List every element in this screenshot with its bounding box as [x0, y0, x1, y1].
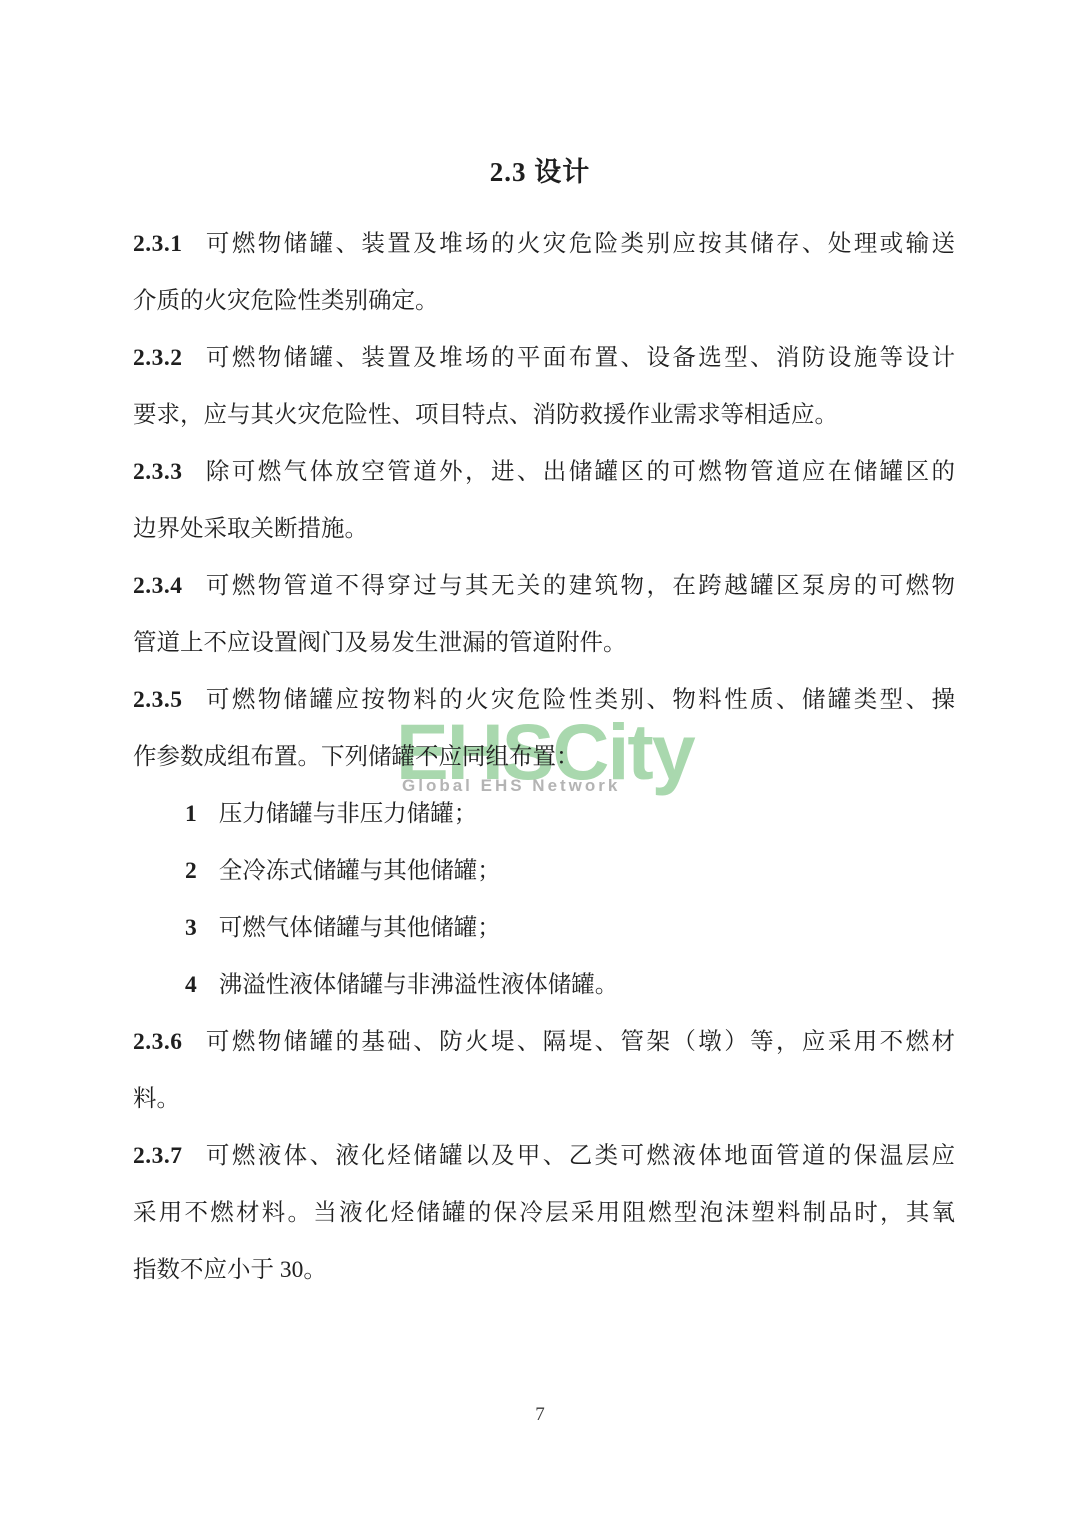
section-line: 指数不应小于 30。 — [133, 1242, 955, 1299]
section-2-3-2: 2.3.2可燃物储罐、装置及堆场的平面布置、设备选型、消防设施等设计 要求，应与… — [133, 330, 955, 444]
list-item: 4沸溢性液体储罐与非沸溢性液体储罐。 — [133, 957, 955, 1014]
section-text: 可燃物储罐的基础、防火堤、隔堤、管架（墩）等，应采用不燃材 — [204, 1029, 956, 1055]
list-item-text: 全冷冻式储罐与其他储罐； — [219, 858, 501, 884]
section-line: 边界处采取关断措施。 — [133, 501, 955, 558]
section-line: 管道上不应设置阀门及易发生泄漏的管道附件。 — [133, 615, 955, 672]
section-text: 可燃物储罐应按物料的火灾危险性类别、物料性质、储罐类型、操 — [204, 687, 956, 713]
doc-title: 2.3 设计 — [0, 150, 1080, 189]
section-text: 介质的火灾危险性类别确定。 — [133, 288, 439, 314]
section-2-3-5: 2.3.5可燃物储罐应按物料的火灾危险性类别、物料性质、储罐类型、操 作参数成组… — [133, 672, 955, 786]
section-2-3-7: 2.3.7可燃液体、液化烃储罐以及甲、乙类可燃液体地面管道的保温层应 采用不燃材… — [133, 1128, 955, 1299]
list-item-text: 可燃气体储罐与其他储罐； — [219, 915, 501, 941]
section-number: 2.3.6 — [133, 1029, 183, 1055]
section-line: 要求，应与其火灾危险性、项目特点、消防救援作业需求等相适应。 — [133, 387, 955, 444]
section-line: 2.3.1可燃物储罐、装置及堆场的火灾危险类别应按其储存、处理或输送 — [133, 216, 955, 273]
section-line: 2.3.6可燃物储罐的基础、防火堤、隔堤、管架（墩）等，应采用不燃材 — [133, 1014, 955, 1071]
section-2-3-1: 2.3.1可燃物储罐、装置及堆场的火灾危险类别应按其储存、处理或输送 介质的火灾… — [133, 216, 955, 330]
list-item: 2全冷冻式储罐与其他储罐； — [133, 843, 955, 900]
section-text: 作参数成组布置。下列储罐不应同组布置： — [133, 744, 580, 770]
section-text: 可燃物储罐、装置及堆场的平面布置、设备选型、消防设施等设计 — [204, 345, 956, 371]
section-line: 作参数成组布置。下列储罐不应同组布置： — [133, 729, 955, 786]
section-text: 可燃液体、液化烃储罐以及甲、乙类可燃液体地面管道的保温层应 — [204, 1143, 956, 1169]
section-text: 要求，应与其火灾危险性、项目特点、消防救援作业需求等相适应。 — [133, 402, 838, 428]
section-text: 指数不应小于 30。 — [133, 1257, 327, 1283]
section-line: 2.3.5可燃物储罐应按物料的火灾危险性类别、物料性质、储罐类型、操 — [133, 672, 955, 729]
section-line: 介质的火灾危险性类别确定。 — [133, 273, 955, 330]
section-text: 除可燃气体放空管道外，进、出储罐区的可燃物管道应在储罐区的 — [204, 459, 956, 485]
section-number: 2.3.2 — [133, 345, 183, 371]
section-number: 2.3.5 — [133, 687, 183, 713]
section-text: 可燃物管道不得穿过与其无关的建筑物，在跨越罐区泵房的可燃物 — [204, 573, 956, 599]
section-line: 料。 — [133, 1071, 955, 1128]
section-number: 2.3.4 — [133, 573, 183, 599]
section-number: 2.3.1 — [133, 231, 183, 257]
section-2-3-4: 2.3.4可燃物管道不得穿过与其无关的建筑物，在跨越罐区泵房的可燃物 管道上不应… — [133, 558, 955, 672]
list-item: 1压力储罐与非压力储罐； — [133, 786, 955, 843]
page-number: 7 — [0, 1404, 1080, 1426]
list-item-number: 1 — [185, 801, 197, 827]
document-page: EHSCity Global EHS Network 2.3 设计 2.3.1可… — [0, 0, 1080, 1527]
section-2-3-6: 2.3.6可燃物储罐的基础、防火堤、隔堤、管架（墩）等，应采用不燃材 料。 — [133, 1014, 955, 1128]
section-text: 可燃物储罐、装置及堆场的火灾危险类别应按其储存、处理或输送 — [204, 231, 956, 257]
section-line: 2.3.3除可燃气体放空管道外，进、出储罐区的可燃物管道应在储罐区的 — [133, 444, 955, 501]
tank-group-list: 1压力储罐与非压力储罐； 2全冷冻式储罐与其他储罐； 3可燃气体储罐与其他储罐；… — [133, 786, 955, 1014]
section-text: 边界处采取关断措施。 — [133, 516, 368, 542]
list-item-text: 压力储罐与非压力储罐； — [219, 801, 478, 827]
section-line: 2.3.4可燃物管道不得穿过与其无关的建筑物，在跨越罐区泵房的可燃物 — [133, 558, 955, 615]
section-line: 2.3.7可燃液体、液化烃储罐以及甲、乙类可燃液体地面管道的保温层应 — [133, 1128, 955, 1185]
section-line: 采用不燃材料。当液化烃储罐的保冷层采用阻燃型泡沫塑料制品时，其氧 — [133, 1185, 955, 1242]
list-item-number: 3 — [185, 915, 197, 941]
list-item-text: 沸溢性液体储罐与非沸溢性液体储罐。 — [219, 972, 619, 998]
list-item-number: 2 — [185, 858, 197, 884]
section-text: 采用不燃材料。当液化烃储罐的保冷层采用阻燃型泡沫塑料制品时，其氧 — [133, 1200, 955, 1226]
doc-body: 2.3.1可燃物储罐、装置及堆场的火灾危险类别应按其储存、处理或输送 介质的火灾… — [133, 216, 955, 1299]
section-text: 料。 — [133, 1086, 180, 1112]
section-number: 2.3.3 — [133, 459, 183, 485]
section-text: 管道上不应设置阀门及易发生泄漏的管道附件。 — [133, 630, 627, 656]
section-line: 2.3.2可燃物储罐、装置及堆场的平面布置、设备选型、消防设施等设计 — [133, 330, 955, 387]
list-item: 3可燃气体储罐与其他储罐； — [133, 900, 955, 957]
list-item-number: 4 — [185, 972, 197, 998]
section-2-3-3: 2.3.3除可燃气体放空管道外，进、出储罐区的可燃物管道应在储罐区的 边界处采取… — [133, 444, 955, 558]
section-number: 2.3.7 — [133, 1143, 183, 1169]
